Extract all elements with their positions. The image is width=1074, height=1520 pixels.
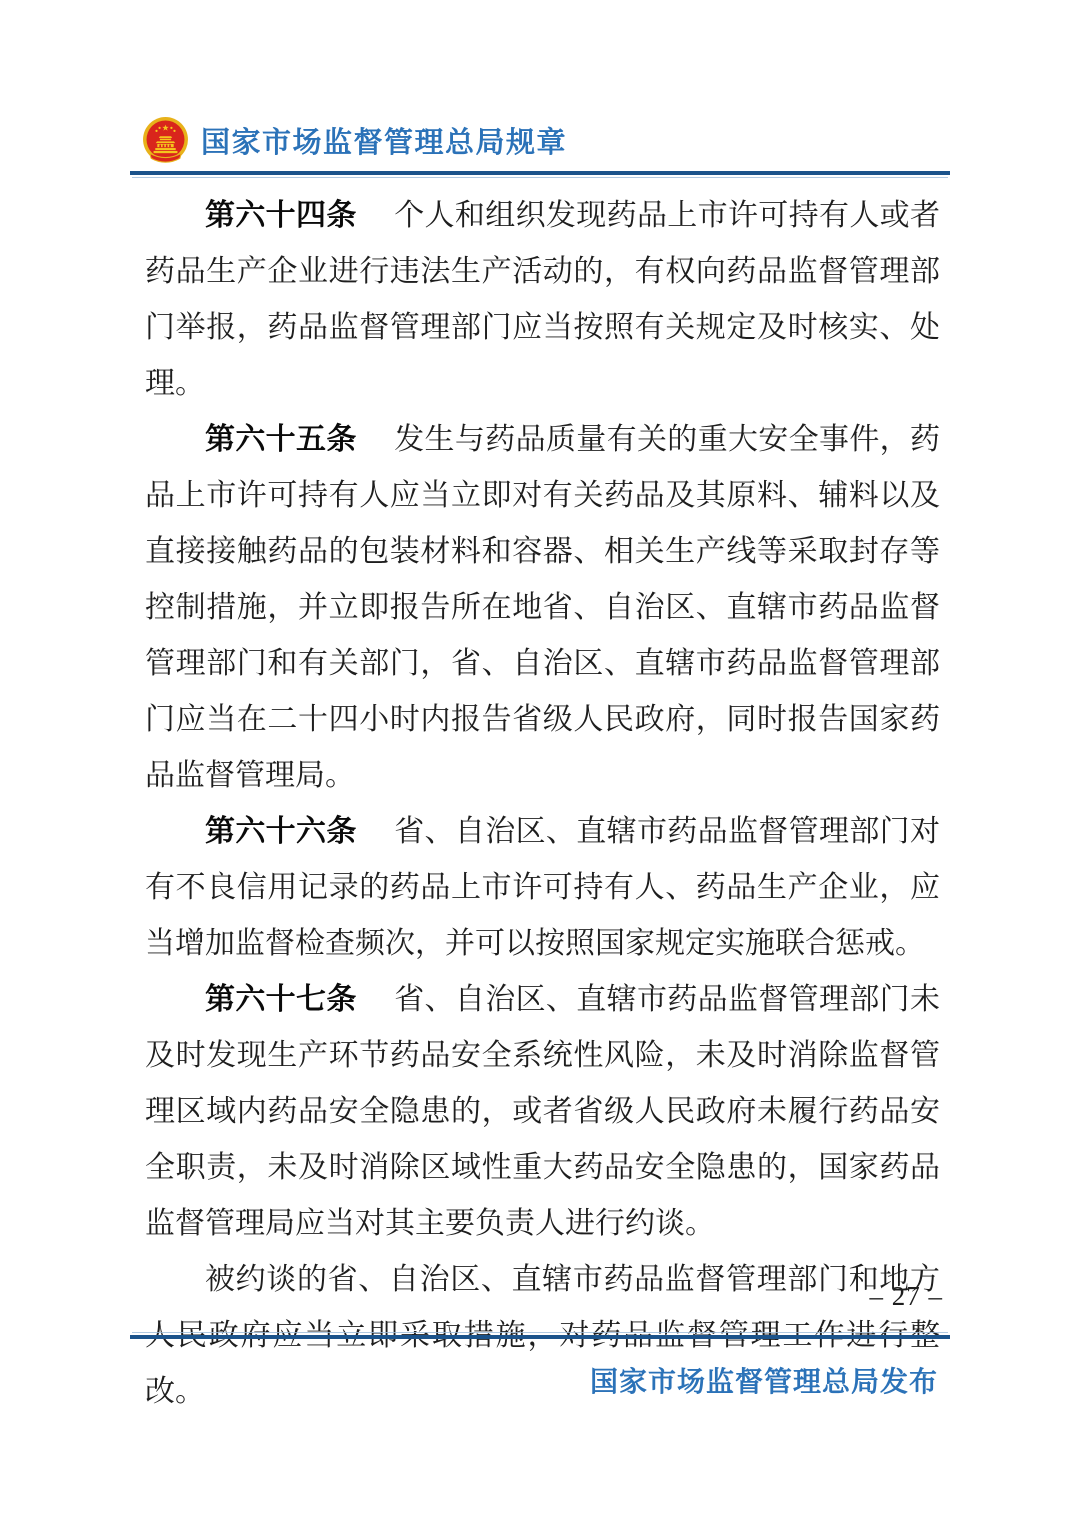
page-title: 国家市场监督管理总局规章 (201, 123, 567, 163)
page-number: – 27 – (145, 1281, 943, 1312)
article-paragraph: 第六十四条个人和组织发现药品上市许可持有人或者药品生产企业进行违法生产活动的，有… (145, 188, 940, 412)
article-number: 第六十五条 (205, 423, 357, 456)
document-body: 第六十四条个人和组织发现药品上市许可持有人或者药品生产企业进行违法生产活动的，有… (145, 188, 940, 1420)
article-text: 发生与药品质量有关的重大安全事件，药品上市许可持有人应当立即对有关药品及其原料、… (145, 423, 940, 792)
document-page: 国家市场监督管理总局规章 第六十四条个人和组织发现药品上市许可持有人或者药品生产… (0, 0, 1074, 1520)
article-paragraph: 第六十六条省、自治区、直辖市药品监督管理部门对有不良信用记录的药品上市许可持有人… (145, 804, 940, 972)
article-number: 第六十六条 (205, 815, 357, 848)
article-text: 省、自治区、直辖市药品监督管理部门未及时发现生产环节药品安全系统性风险，未及时消… (145, 983, 940, 1240)
article-paragraph: 第六十七条省、自治区、直辖市药品监督管理部门未及时发现生产环节药品安全系统性风险… (145, 972, 940, 1252)
article-paragraph: 第六十五条发生与药品质量有关的重大安全事件，药品上市许可持有人应当立即对有关药品… (145, 412, 940, 804)
header-divider (130, 171, 950, 175)
article-number: 第六十四条 (205, 199, 357, 232)
article-number: 第六十七条 (205, 983, 357, 1016)
footer-divider (130, 1335, 950, 1339)
publisher-label: 国家市场监督管理总局发布 (145, 1360, 938, 1400)
national-emblem-icon (141, 116, 190, 165)
